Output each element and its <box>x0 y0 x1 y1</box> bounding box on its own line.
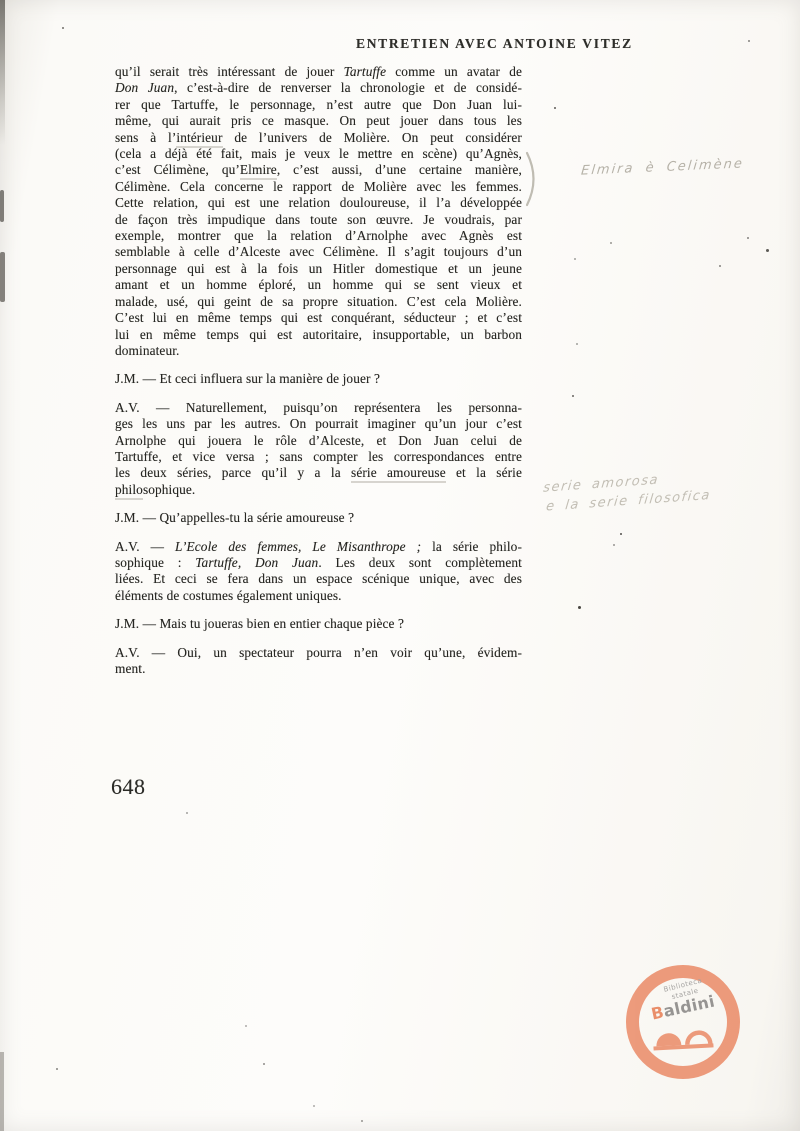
text-line: A.V. — Oui, un spectateur pourra n’en vo… <box>115 645 522 661</box>
intro-continuation: qu’il serait très intéressant de jouer T… <box>115 64 522 359</box>
margin-note-elmira: Elmira è Celimène <box>580 156 744 178</box>
library-stamp: Biblioteca statale Baldini <box>626 965 740 1079</box>
scan-speck <box>572 395 574 397</box>
scan-speck <box>62 27 64 29</box>
scan-edge-artifact <box>0 252 5 302</box>
scan-speck <box>56 1068 58 1070</box>
text-line: philosophique. <box>115 482 522 498</box>
text-line: même, qui aurait pris ce masque. On peut… <box>115 113 522 129</box>
text-line: dominateur. <box>115 343 522 359</box>
text-line: Célimène. Cela concerne le rapport de Mo… <box>115 179 522 195</box>
scan-edge-artifact <box>0 1052 4 1131</box>
running-head: ENTRETIEN AVEC ANTOINE VITEZ <box>356 36 633 52</box>
text-line: malade, usé, qui geint de sa propre situ… <box>115 294 522 310</box>
scan-edge-artifact <box>0 190 4 222</box>
text-line: Arnolphe qui jouera le rôle d’Alceste, e… <box>115 433 522 449</box>
text-line: personnage qui est à la fois un Hitler d… <box>115 261 522 277</box>
text-line: ges les uns par les autres. On pourrait … <box>115 416 522 432</box>
text-line: (cela a déjà été fait, mais je veux le m… <box>115 146 522 162</box>
text-line: Cette relation, qui est une relation dou… <box>115 195 522 211</box>
pencil-bracket-mark <box>524 150 542 213</box>
text-line: Tartuffe, et vice versa ; sans compter l… <box>115 449 522 465</box>
text-line: Don Juan, c’est-à-dire de renverser la c… <box>115 80 522 96</box>
text-line: qu’il serait très intéressant de jouer T… <box>115 64 522 80</box>
av-answer-3: A.V. — Oui, un spectateur pourra n’en vo… <box>115 645 522 678</box>
open-book-icon <box>649 1017 717 1057</box>
text-line: sens à l’intérieur de l’univers de Moliè… <box>115 130 522 146</box>
scanned-book-page: ENTRETIEN AVEC ANTOINE VITEZ qu’il serai… <box>0 0 800 1131</box>
text-line: ment. <box>115 661 522 677</box>
text-line: J.M. — Et ceci influera sur la manière d… <box>115 371 522 387</box>
scan-speck <box>578 606 581 609</box>
text-line: les deux séries, parce qu’il y a la séri… <box>115 465 522 481</box>
scan-speck <box>610 242 612 244</box>
jm-question-3: J.M. — Mais tu joueras bien en entier ch… <box>115 616 522 632</box>
av-answer-1: A.V. — Naturellement, puisqu’on représen… <box>115 400 522 498</box>
text-column: qu’il serait très intéressant de jouer T… <box>115 64 522 689</box>
scan-speck <box>620 533 622 535</box>
scan-speck <box>554 107 556 109</box>
text-line: A.V. — L’Ecole des femmes, Le Misanthrop… <box>115 539 522 555</box>
text-line: J.M. — Mais tu joueras bien en entier ch… <box>115 616 522 632</box>
page-number: 648 <box>111 774 146 800</box>
text-line: semblable à celle d’Alceste avec Célimèn… <box>115 244 522 260</box>
text-line: rer que Tartuffe, le personnage, n’est a… <box>115 97 522 113</box>
scan-speck <box>719 265 721 267</box>
scan-speck <box>613 544 615 546</box>
av-answer-2: A.V. — L’Ecole des femmes, Le Misanthrop… <box>115 539 522 605</box>
jm-question-2: J.M. — Qu’appelles-tu la série amoureuse… <box>115 510 522 526</box>
text-line: J.M. — Qu’appelles-tu la série amoureuse… <box>115 510 522 526</box>
margin-note-series: serie amorosa e la serie filosofica <box>540 467 709 517</box>
scan-speck <box>245 1025 247 1027</box>
text-line: éléments de costumes également uniques. <box>115 588 522 604</box>
text-line: de façon très impudique dans toute son œ… <box>115 212 522 228</box>
text-line: c’est Célimène, qu’Elmire, c’est aussi, … <box>115 162 522 178</box>
text-line: C’est lui en même temps qui est conquéra… <box>115 310 522 326</box>
text-line: A.V. — Naturellement, puisqu’on représen… <box>115 400 522 416</box>
scan-speck <box>766 249 769 252</box>
scan-speck <box>263 1063 265 1065</box>
scan-speck <box>748 40 750 42</box>
jm-question-1: J.M. — Et ceci influera sur la manière d… <box>115 371 522 387</box>
scan-speck <box>361 1120 363 1122</box>
text-line: lui en même temps qui est autoritaire, i… <box>115 327 522 343</box>
text-line: exemple, montrer que la relation d’Arnol… <box>115 228 522 244</box>
scan-speck <box>186 812 188 814</box>
scan-speck <box>747 237 749 239</box>
scan-speck <box>313 1105 315 1107</box>
text-line: amant et un homme éploré, un homme qui s… <box>115 277 522 293</box>
scan-edge-artifact <box>0 0 5 145</box>
text-line: liées. Et ceci se fera dans un espace sc… <box>115 571 522 587</box>
scan-speck <box>576 343 578 345</box>
text-line: sophique : Tartuffe, Don Juan. Les deux … <box>115 555 522 571</box>
scan-speck <box>574 258 576 260</box>
